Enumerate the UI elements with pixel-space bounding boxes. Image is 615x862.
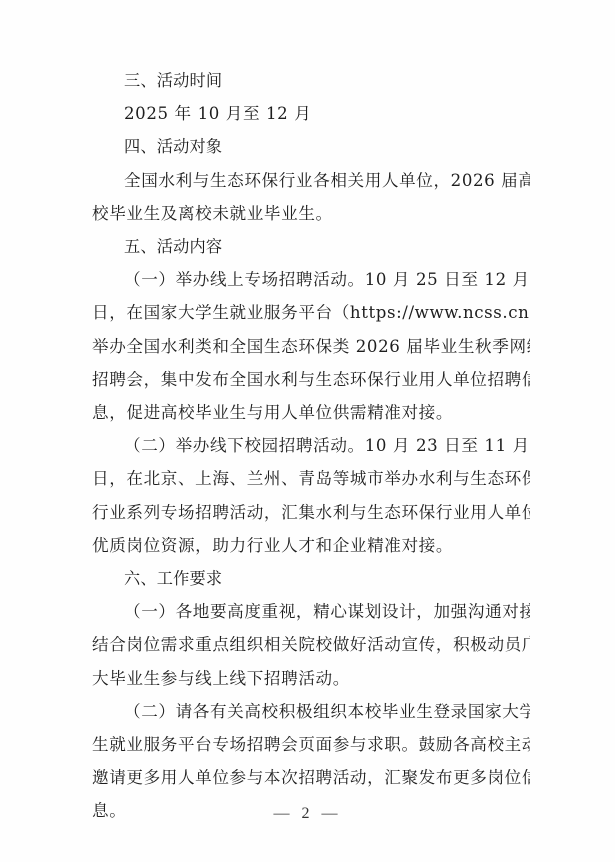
online-recruitment-paragraph: （一）举办线上专场招聘活动。10 月 25 日至 12 月 31 日，在国家大学… — [92, 263, 530, 429]
section-heading: 五、活动内容 — [92, 230, 530, 263]
paragraph-line-with-link: 日，在国家大学生就业服务平台（https://www.ncss.cn）分别 — [92, 296, 530, 329]
section-heading: 六、工作要求 — [92, 562, 530, 595]
paragraph-line: （一）各地要高度重视，精心谋划设计，加强沟通对接， — [92, 595, 530, 628]
section-activity-content: 五、活动内容 （一）举办线上专场招聘活动。10 月 25 日至 12 月 31 … — [92, 230, 530, 562]
section-work-requirements: 六、工作要求 （一）各地要高度重视，精心谋划设计，加强沟通对接， 结合岗位需求重… — [92, 562, 530, 828]
paragraph-line: 全国水利与生态环保行业各相关用人单位，2026 届高 — [92, 164, 530, 197]
paragraph-line: 举办全国水利类和全国生态环保类 2026 届毕业生秋季网络 — [92, 330, 530, 363]
requirement-paragraph-1: （一）各地要高度重视，精心谋划设计，加强沟通对接， 结合岗位需求重点组织相关院校… — [92, 595, 530, 695]
activity-time-text: 2025 年 10 月至 12 月 — [92, 97, 530, 130]
paragraph-line: 日，在北京、上海、兰州、青岛等城市举办水利与生态环保 — [92, 462, 530, 495]
paragraph-line: 结合岗位需求重点组织相关院校做好活动宣传，积极动员广 — [92, 628, 530, 661]
paragraph-line: 息，促进高校毕业生与用人单位供需精准对接。 — [92, 396, 530, 429]
page-number: — 2 — — [0, 805, 615, 823]
paragraph-line: 招聘会，集中发布全国水利与生态环保行业用人单位招聘信 — [92, 363, 530, 396]
section-activity-time: 三、活动时间 2025 年 10 月至 12 月 — [92, 64, 530, 130]
section-activity-target: 四、活动对象 全国水利与生态环保行业各相关用人单位，2026 届高 校毕业生及离… — [92, 130, 530, 230]
paragraph-line: （二）请各有关高校积极组织本校毕业生登录国家大学 — [92, 695, 530, 728]
section-heading: 三、活动时间 — [92, 64, 530, 97]
paragraph-line: （二）举办线下校园招聘活动。10 月 23 日至 11 月 20 — [92, 429, 530, 462]
paragraph-line: 邀请更多用人单位参与本次招聘活动，汇聚发布更多岗位信 — [92, 761, 530, 794]
paragraph-line: 生就业服务平台专场招聘会页面参与求职。鼓励各高校主动 — [92, 728, 530, 761]
paragraph-line: （一）举办线上专场招聘活动。10 月 25 日至 12 月 31 — [92, 263, 530, 296]
offline-recruitment-paragraph: （二）举办线下校园招聘活动。10 月 23 日至 11 月 20 日，在北京、上… — [92, 429, 530, 562]
paragraph-line: 校毕业生及离校未就业毕业生。 — [92, 197, 530, 230]
section-heading: 四、活动对象 — [92, 130, 530, 163]
paragraph-line: 优质岗位资源，助力行业人才和企业精准对接。 — [92, 529, 530, 562]
document-body: 三、活动时间 2025 年 10 月至 12 月 四、活动对象 全国水利与生态环… — [92, 64, 530, 828]
document-page: 三、活动时间 2025 年 10 月至 12 月 四、活动对象 全国水利与生态环… — [0, 0, 615, 862]
paragraph-line: 大毕业生参与线上线下招聘活动。 — [92, 662, 530, 695]
paragraph-line: 行业系列专场招聘活动，汇集水利与生态环保行业用人单位 — [92, 496, 530, 529]
